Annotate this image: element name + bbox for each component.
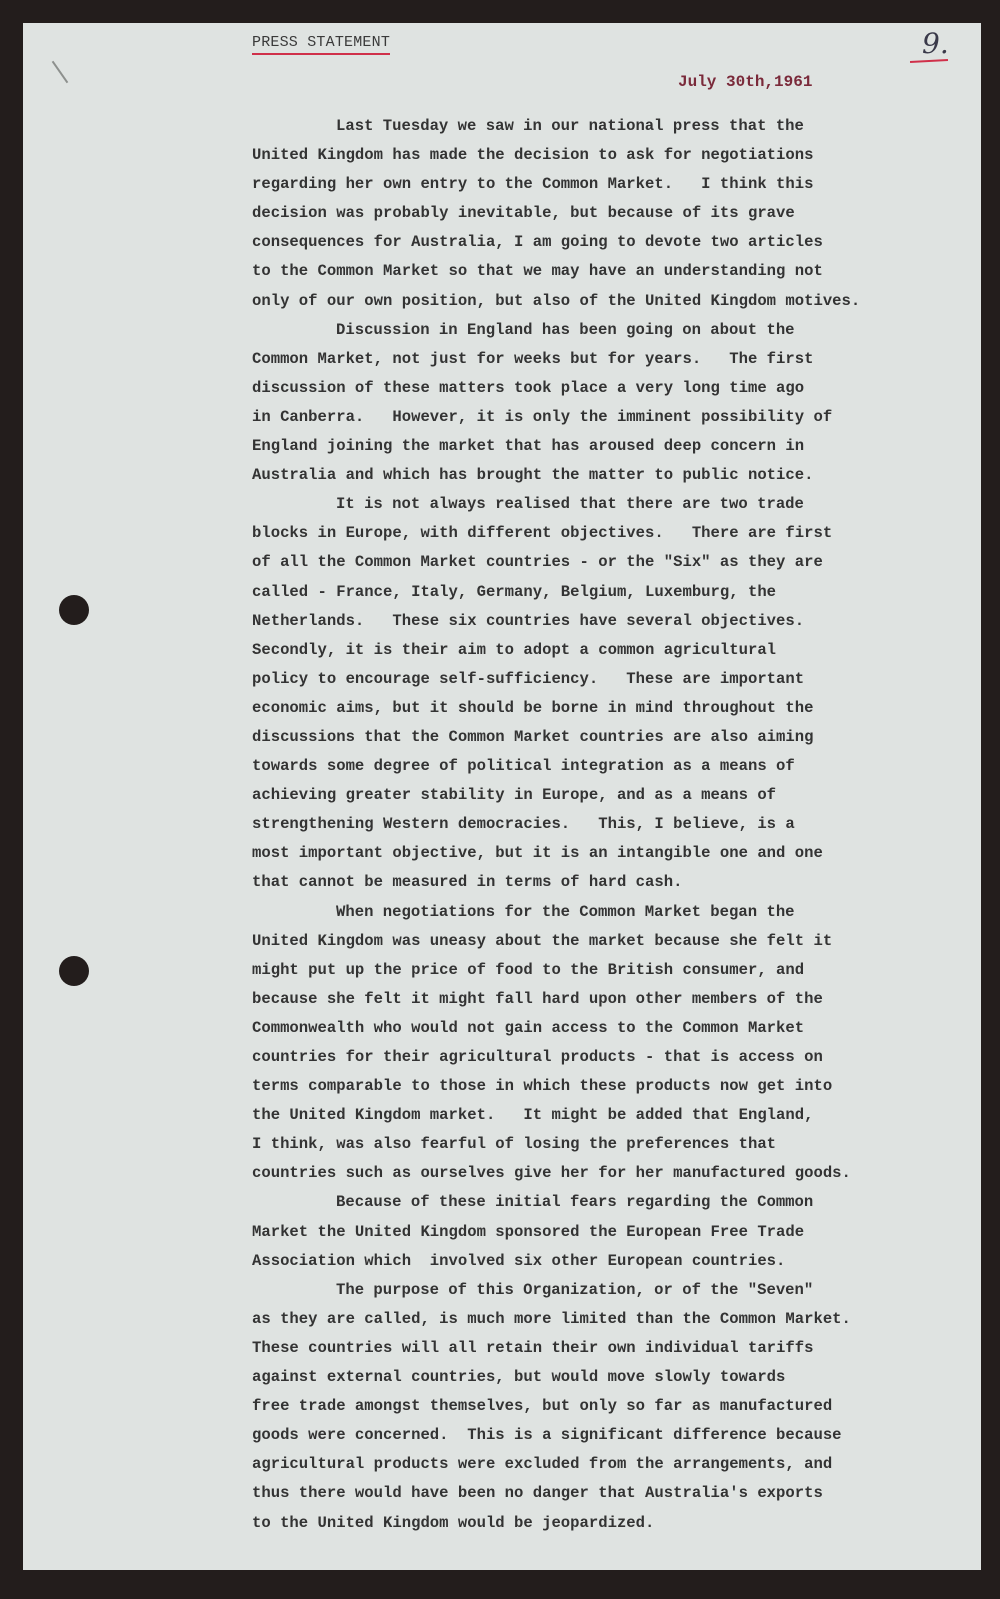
- text-line: consequences for Australia, I am going t…: [252, 228, 952, 257]
- text-line: Commonwealth who would not gain access t…: [252, 1014, 952, 1043]
- text-line: Secondly, it is their aim to adopt a com…: [252, 636, 952, 665]
- text-line: to the Common Market so that we may have…: [252, 257, 952, 286]
- text-line: to the United Kingdom would be jeopardiz…: [252, 1509, 952, 1538]
- text-line: policy to encourage self-sufficiency. Th…: [252, 665, 952, 694]
- document-body: Last Tuesday we saw in our national pres…: [252, 112, 952, 1538]
- text-line: blocks in Europe, with different objecti…: [252, 519, 952, 548]
- text-line: strengthening Western democracies. This,…: [252, 810, 952, 839]
- text-line: Netherlands. These six countries have se…: [252, 607, 952, 636]
- text-line: might put up the price of food to the Br…: [252, 956, 952, 985]
- text-line: decision was probably inevitable, but be…: [252, 199, 952, 228]
- text-line: terms comparable to those in which these…: [252, 1072, 952, 1101]
- text-line: United Kingdom has made the decision to …: [252, 141, 952, 170]
- text-line: the United Kingdom market. It might be a…: [252, 1101, 952, 1130]
- text-line: I think, was also fearful of losing the …: [252, 1130, 952, 1159]
- text-line: economic aims, but it should be borne in…: [252, 694, 952, 723]
- document-date: July 30th,1961: [678, 72, 812, 92]
- text-line: Association which involved six other Eur…: [252, 1247, 952, 1276]
- paragraph-first-line: Last Tuesday we saw in our national pres…: [252, 112, 952, 141]
- pencil-tick-mark: [52, 61, 69, 83]
- text-line: in Canberra. However, it is only the imm…: [252, 403, 952, 432]
- text-line: discussions that the Common Market count…: [252, 723, 952, 752]
- text-line: agricultural products were excluded from…: [252, 1450, 952, 1479]
- text-line: because she felt it might fall hard upon…: [252, 985, 952, 1014]
- text-line: of all the Common Market countries - or …: [252, 548, 952, 577]
- text-line: thus there would have been no danger tha…: [252, 1479, 952, 1508]
- document-heading: PRESS STATEMENT: [252, 34, 390, 55]
- text-line: Australia and which has brought the matt…: [252, 461, 952, 490]
- text-line: These countries will all retain their ow…: [252, 1334, 952, 1363]
- paragraph-first-line: Discussion in England has been going on …: [252, 316, 952, 345]
- text-line: as they are called, is much more limited…: [252, 1305, 952, 1334]
- text-line: achieving greater stability in Europe, a…: [252, 781, 952, 810]
- text-line: Common Market, not just for weeks but fo…: [252, 345, 952, 374]
- text-line: regarding her own entry to the Common Ma…: [252, 170, 952, 199]
- paragraph-first-line: It is not always realised that there are…: [252, 490, 952, 519]
- text-line: countries for their agricultural product…: [252, 1043, 952, 1072]
- text-line: called - France, Italy, Germany, Belgium…: [252, 578, 952, 607]
- text-line: England joining the market that has arou…: [252, 432, 952, 461]
- paragraph-first-line: The purpose of this Organization, or of …: [252, 1276, 952, 1305]
- text-line: discussion of these matters took place a…: [252, 374, 952, 403]
- text-line: only of our own position, but also of th…: [252, 287, 952, 316]
- paragraph-first-line: Because of these initial fears regarding…: [252, 1188, 952, 1217]
- paragraph-first-line: When negotiations for the Common Market …: [252, 898, 952, 927]
- page-number: 9.: [922, 28, 949, 60]
- text-line: Market the United Kingdom sponsored the …: [252, 1218, 952, 1247]
- text-line: most important objective, but it is an i…: [252, 839, 952, 868]
- text-line: United Kingdom was uneasy about the mark…: [252, 927, 952, 956]
- punch-hole-icon: [59, 595, 89, 625]
- text-line: free trade amongst themselves, but only …: [252, 1392, 952, 1421]
- text-line: against external countries, but would mo…: [252, 1363, 952, 1392]
- text-line: that cannot be measured in terms of hard…: [252, 868, 952, 897]
- text-line: goods were concerned. This is a signific…: [252, 1421, 952, 1450]
- text-line: towards some degree of political integra…: [252, 752, 952, 781]
- text-line: countries such as ourselves give her for…: [252, 1159, 952, 1188]
- punch-hole-icon: [59, 956, 89, 986]
